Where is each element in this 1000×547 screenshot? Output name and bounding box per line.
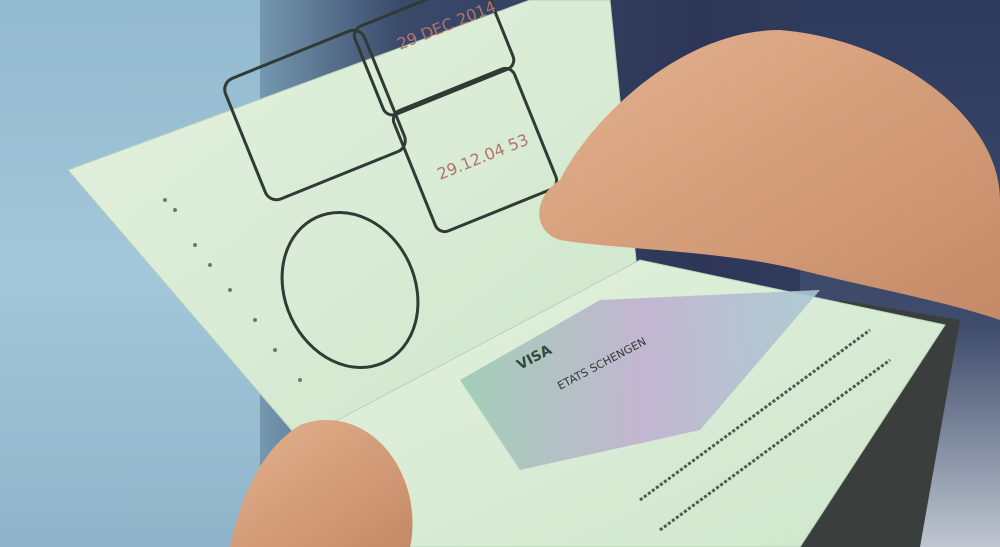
passport-photo: 29 DEC 2014 29.12.04 53 VISA ETATS SCHEN… [0,0,1000,547]
passport-scene-illustration: 29 DEC 2014 29.12.04 53 VISA ETATS SCHEN… [0,0,1000,547]
